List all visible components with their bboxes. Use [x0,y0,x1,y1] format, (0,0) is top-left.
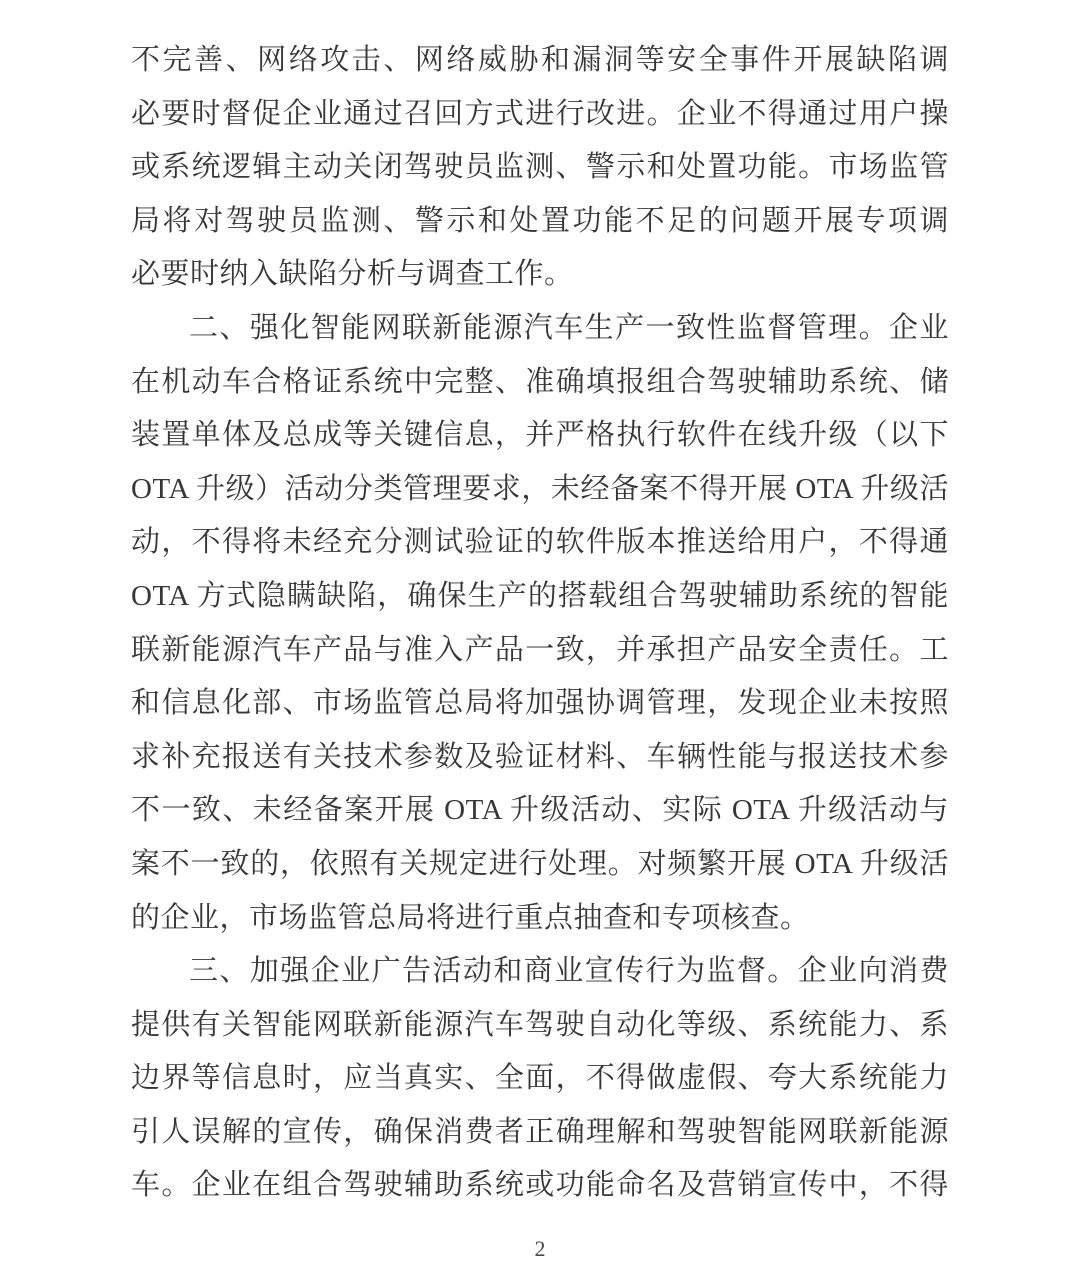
text-line: 动，不得将未经充分测试验证的软件版本推送给用户，不得通过 [131,516,949,570]
page-number: 2 [0,1232,1080,1266]
text-line: 必要时纳入缺陷分析与调查工作。 [131,248,949,302]
text-line: 二、强化智能网联新能源汽车生产一致性监督管理。企业应 [131,302,949,356]
document-body: 不完善、网络攻击、网络威胁和漏洞等安全事件开展缺陷调查，必要时督促企业通过召回方… [131,34,949,1213]
text-line: 必要时督促企业通过召回方式进行改进。企业不得通过用户操作 [131,88,949,142]
text-line: 三、加强企业广告活动和商业宣传行为监督。企业向消费者 [131,945,949,999]
text-line: 车。企业在组合驾驶辅助系统或功能命名及营销宣传中，不得暗 [131,1159,949,1213]
text-line: 局将对驾驶员监测、警示和处置功能不足的问题开展专项调查， [131,195,949,249]
document-page: 不完善、网络攻击、网络威胁和漏洞等安全事件开展缺陷调查，必要时督促企业通过召回方… [0,0,1080,1272]
text-line: 求补充报送有关技术参数及验证材料、车辆性能与报送技术参数 [131,731,949,785]
text-line: 边界等信息时，应当真实、全面，不得做虚假、夸大系统能力或 [131,1052,949,1106]
text-line: 联新能源汽车产品与准入产品一致，并承担产品安全责任。工业 [131,624,949,678]
text-line: 案不一致的，依照有关规定进行处理。对频繁开展 OTA 升级活动 [131,838,949,892]
text-line: 在机动车合格证系统中完整、准确填报组合驾驶辅助系统、储能 [131,356,949,410]
text-line: 的企业，市场监管总局将进行重点抽查和专项核查。 [131,892,949,946]
text-line: OTA 方式隐瞒缺陷，确保生产的搭载组合驾驶辅助系统的智能网 [131,570,949,624]
text-line: 引人误解的宣传，确保消费者正确理解和驾驶智能网联新能源汽 [131,1106,949,1160]
text-line: 不一致、未经备案开展 OTA 升级活动、实际 OTA 升级活动与备 [131,784,949,838]
text-line: 或系统逻辑主动关闭驾驶员监测、警示和处置功能。市场监管总 [131,141,949,195]
text-line: OTA 升级）活动分类管理要求，未经备案不得开展 OTA 升级活 [131,463,949,517]
text-line: 不完善、网络攻击、网络威胁和漏洞等安全事件开展缺陷调查， [131,34,949,88]
text-line: 提供有关智能网联新能源汽车驾驶自动化等级、系统能力、系统 [131,999,949,1053]
text-line: 和信息化部、市场监管总局将加强协调管理，发现企业未按照要 [131,677,949,731]
text-line: 装置单体及总成等关键信息，并严格执行软件在线升级（以下称 [131,409,949,463]
